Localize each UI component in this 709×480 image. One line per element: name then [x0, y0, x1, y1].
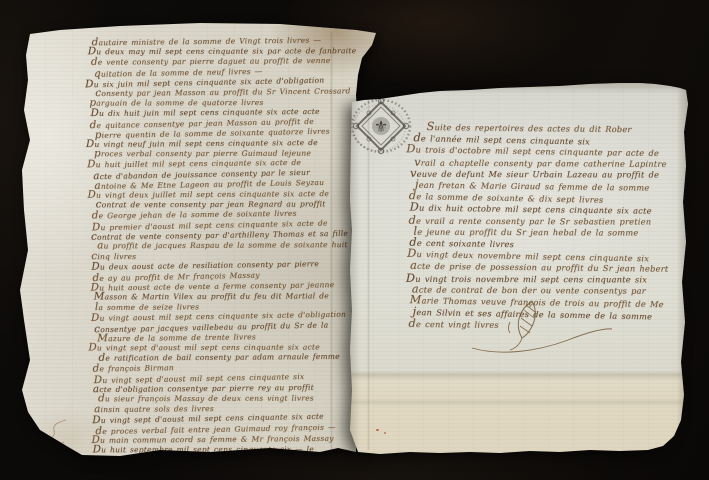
left-page-text: dautaire ministre de la somme de Vingt t… [15, 16, 382, 462]
left-manuscript-page: dautaire ministre de la somme de Vingt t… [18, 18, 380, 460]
red-ink-speck [384, 432, 386, 434]
right-manuscript-page: ⚜ Suite des repertoires des actes du dit… [348, 80, 692, 460]
manuscript-line: Du huit septembre mil sept cens cinquant… [92, 443, 313, 456]
manuscript-photo: dautaire ministre de la somme de Vingt t… [0, 0, 709, 480]
right-page-paper: ⚜ Suite des repertoires des actes du dit… [348, 80, 692, 460]
notary-paraphe-flourish-icon [466, 296, 618, 360]
marginal-flourish-icon [42, 416, 72, 450]
right-page-text: Suite des repertoires des actes du dit R… [346, 78, 694, 462]
red-ink-speck [376, 429, 379, 431]
left-page-paper: dautaire ministre de la somme de Vingt t… [18, 18, 380, 460]
